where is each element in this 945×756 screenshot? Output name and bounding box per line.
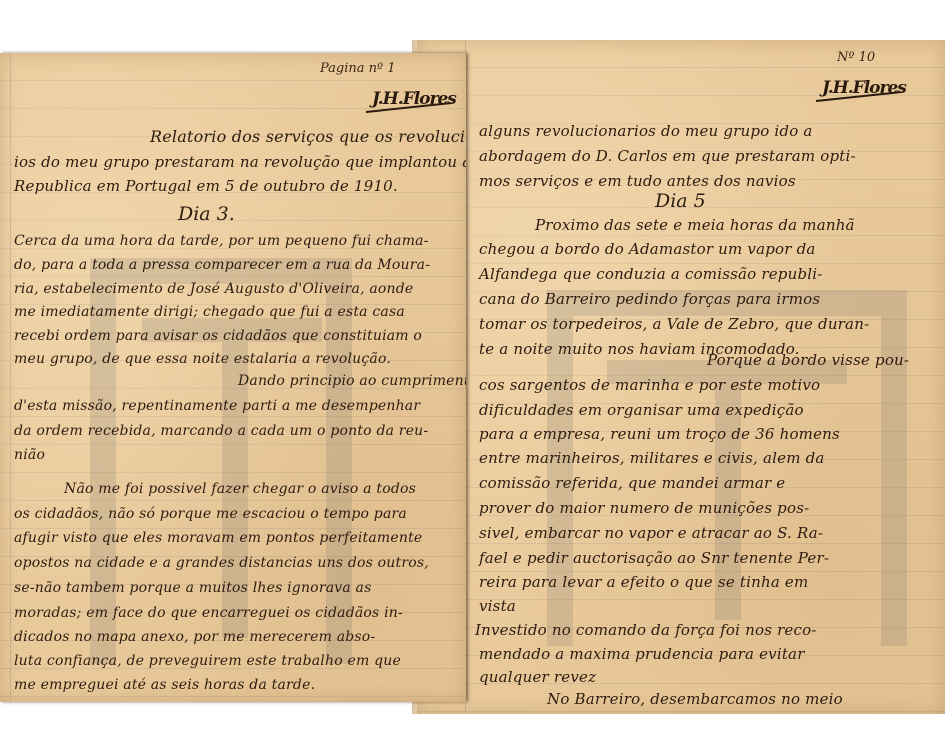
text-line: meu grupo, de que essa noite estalaria a… (14, 351, 391, 367)
text-line: para a empresa, reuni um troço de 36 hom… (479, 425, 840, 443)
text-line: Porque a bordo visse pou- (707, 351, 909, 369)
text-line: moradas; em face do que encarreguei os c… (14, 605, 403, 621)
text-line: d'esta missão, repentinamente parti a me… (14, 398, 420, 414)
text-line: recebi ordem para avisar os cidadãos que… (14, 328, 422, 344)
text-line: luta confiança, de preveguirem este trab… (14, 653, 401, 669)
text-line: cos sargentos de marinha e por este moti… (479, 376, 820, 394)
text-line: se-não tambem porque a muitos lhes ignor… (14, 580, 372, 596)
text-line: do, para a toda a pressa comparecer em a… (14, 257, 430, 273)
text-line: Investido no comando da força foi nos re… (475, 621, 817, 639)
text-line: dicados no mapa anexo, por me merecerem … (14, 629, 375, 645)
text-line: da ordem recebida, marcando a cada um o … (14, 423, 428, 439)
text-line: prover do maior numero de munições pos- (479, 499, 809, 517)
text-line: ria, estabelecimento de José Augusto d'O… (14, 281, 413, 297)
text-line: reira para levar a efeito o que se tinha… (479, 573, 808, 591)
text-line: Proximo das sete e meia horas da manhã (535, 216, 855, 234)
text-line: dificuldades em organisar uma expedição (479, 401, 804, 419)
text-line: nião (14, 447, 45, 463)
text-line: No Barreiro, desembarcamos no meio (547, 690, 843, 708)
text-line: opostos na cidade e a grandes distancias… (14, 555, 429, 571)
right-page-body: Proximo das sete e meia horas da manhã c… (417, 40, 945, 714)
text-line: sivel, embarcar no vapor e atracar ao S.… (479, 524, 823, 542)
right-manuscript-page: Nº 10 J.H.Flores alguns revolucionarios … (417, 40, 945, 714)
text-line: me imediatamente dirigi; chegado que fui… (14, 304, 405, 320)
text-line: vista (479, 597, 516, 615)
text-line: afugir visto que eles moravam em pontos … (14, 530, 422, 546)
text-line: os cidadãos, não só porque me escaciou o… (14, 506, 407, 522)
text-line: Não me foi possivel fazer chegar o aviso… (64, 481, 416, 497)
text-line: cana do Barreiro pedindo forças para irm… (479, 290, 820, 308)
text-line: me empreguei até as seis horas da tarde. (14, 677, 315, 693)
text-line: comissão referida, que mandei armar e (479, 474, 785, 492)
text-line: qualquer revez (479, 668, 596, 686)
left-manuscript-page: Pagina nº 1 J.H.Flores Relatorio dos ser… (0, 53, 466, 702)
text-line: Dando principio ao cumprimento (238, 373, 466, 389)
text-line: entre marinheiros, militares e civis, al… (479, 449, 825, 467)
text-line: Alfandega que conduzia a comissão republ… (479, 265, 823, 283)
left-page-body: Cerca da uma hora da tarde, por um peque… (0, 53, 466, 702)
text-line: chegou a bordo do Adamastor um vapor da (479, 240, 816, 258)
text-line: mendado a maxima prudencia para evitar (479, 645, 805, 663)
text-line: Cerca da uma hora da tarde, por um peque… (14, 233, 429, 249)
text-line: fael e pedir auctorisação ao Snr tenente… (479, 549, 829, 567)
text-line: tomar os torpedeiros, a Vale de Zebro, q… (479, 315, 869, 333)
